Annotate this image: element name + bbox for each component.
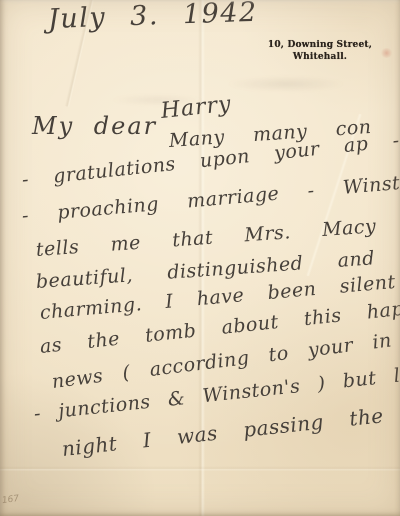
archive-pencil-mark: 167 xyxy=(1,494,19,506)
paper-crease-bottom xyxy=(0,466,400,471)
letterhead-city: Whitehall. xyxy=(266,51,374,63)
salutation-name: Harry xyxy=(160,92,233,124)
letterhead: 10, Downing Street, Whitehall. xyxy=(266,39,374,63)
salutation: My dear xyxy=(32,112,157,140)
paper-stain xyxy=(380,48,393,58)
letter-date: July 3. 1942 xyxy=(47,0,258,35)
letterhead-address: 10, Downing Street, xyxy=(266,39,374,51)
letter-page: July 3. 1942 10, Downing Street, Whiteha… xyxy=(0,0,400,516)
ink-showthrough-smudge xyxy=(226,76,346,92)
